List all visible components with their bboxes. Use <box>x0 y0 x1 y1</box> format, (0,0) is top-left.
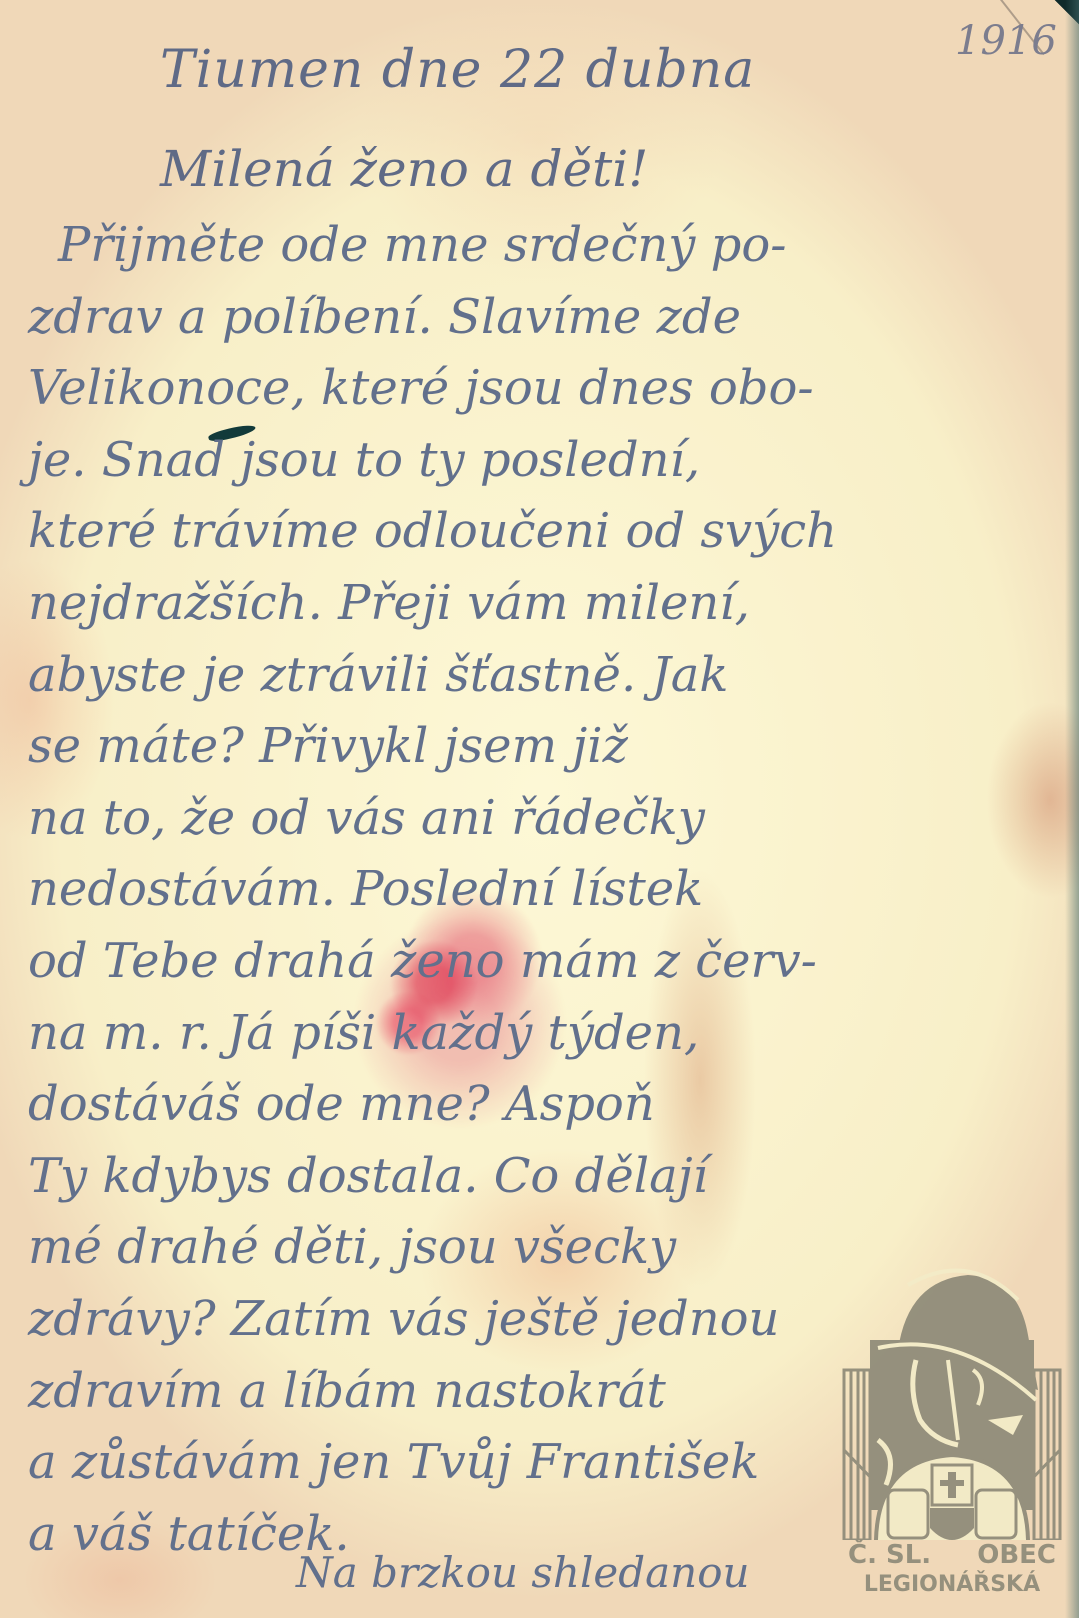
letter-line: od Tebe drahá ženo mám z červ- <box>28 926 1058 998</box>
letter-line: je. Snad jsou to ty poslední, <box>28 425 1058 497</box>
letter-line: na to, že od vás ani řádečky <box>28 783 1058 855</box>
year: 1916 <box>955 18 1057 64</box>
letter-line: zdrav a políbení. Slavíme zde <box>28 282 1058 354</box>
letter-line: nedostávám. Poslední lístek <box>28 854 1058 926</box>
letter-line: Ty kdybys dostala. Co dělají <box>28 1141 1058 1213</box>
logo-text-line1: Č. SL. OBEC <box>838 1540 1066 1570</box>
salutation: Milená ženo a děti! <box>160 140 648 198</box>
letter-line: abyste je ztrávili šťastně. Jak <box>28 640 1058 712</box>
closing-line: Na brzkou shledanou <box>296 1548 750 1597</box>
letter-line: Přijměte ode mne srdečný po- <box>28 210 1058 282</box>
card-edge-shadow <box>1065 0 1079 1618</box>
letter-line: se máte? Přivykl jsem již <box>28 711 1058 783</box>
letter-line: které trávíme odloučeni od svých <box>28 496 1058 568</box>
letter-line: Velikonoce, které jsou dnes obo- <box>28 353 1058 425</box>
letter-line: dostáváš ode mne? Aspoň <box>28 1069 1058 1141</box>
letter-line: na m. r. Já píši každý týden, <box>28 998 1058 1070</box>
letter-line: nejdražších. Přeji vám milení, <box>28 568 1058 640</box>
place-date: Tiumen dne 22 dubna <box>160 40 755 100</box>
legionnaire-watermark-logo: Č. SL. OBEC LEGIONÁŘSKÁ <box>838 1240 1066 1600</box>
logo-text-line2: LEGIONÁŘSKÁ <box>838 1572 1066 1597</box>
postcard: Tiumen dne 22 dubna 1916 Milená ženo a d… <box>0 0 1079 1618</box>
legionnaire-helmet-crest-icon <box>838 1240 1066 1540</box>
